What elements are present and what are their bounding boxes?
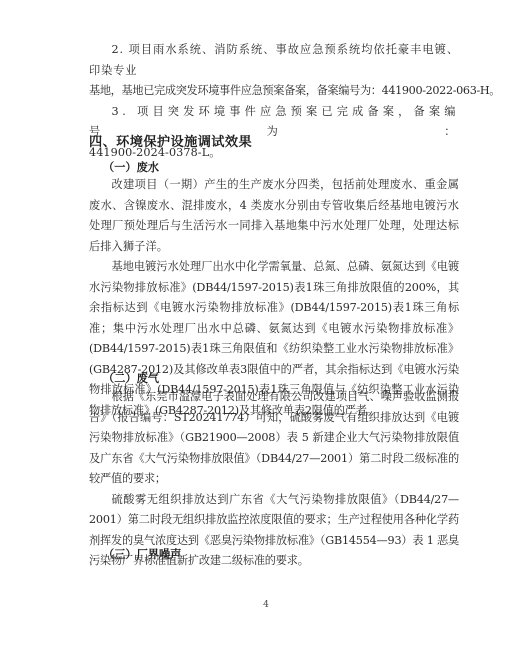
item-2-line-2: 基地，基地已完成突发环境事件应急预案备案，备案编号为：441900-2022-0… [89, 81, 459, 102]
item-2-line-1: 2. 项目雨水系统、消防系统、事故应急预系统均依托豪丰电镀、印染专业 [89, 40, 459, 81]
page-number: 4 [260, 600, 272, 610]
exhaust-gas-heading: （二）废气 [103, 370, 159, 386]
noise-heading: （三）厂界噪声 [103, 546, 181, 562]
document-page: 2. 项目雨水系统、消防系统、事故应急预系统均依托豪丰电镀、印染专业 基地，基地… [0, 0, 530, 650]
exhaust-gas-paragraph-1: 根据《东莞市溢濠电子表面处理有限公司改建项目气、噪声验收监测报告》（报告编号：S… [89, 387, 459, 490]
wastewater-paragraph-1: 改建项目（一期）产生的生产废水分四类，包括前处理废水、重金属废水、含镍废水、混排… [89, 175, 459, 257]
exhaust-gas-section: 根据《东莞市溢濠电子表面处理有限公司改建项目气、噪声验收监测报告》（报告编号：S… [89, 387, 459, 572]
wastewater-heading: （一）废水 [103, 159, 159, 175]
section-title: 四、环境保护设施调试效果 [89, 131, 252, 150]
